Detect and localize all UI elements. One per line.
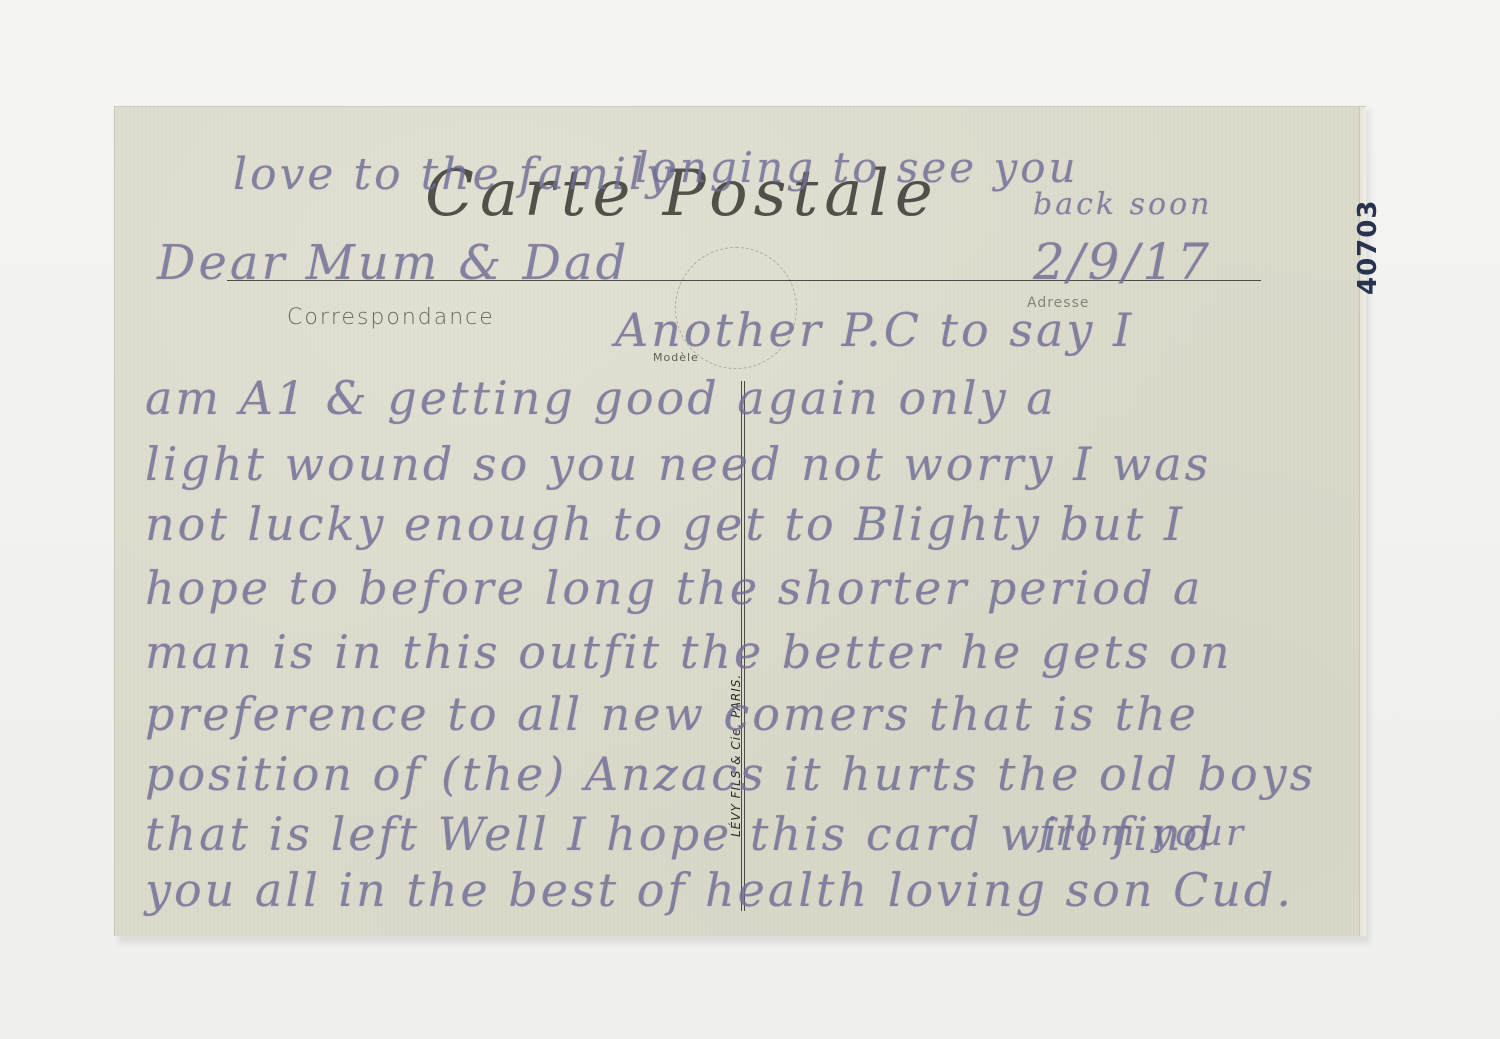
handwritten-top-right-2: back soon	[1033, 187, 1212, 222]
handwritten-date: 2/9/17	[1033, 233, 1212, 291]
catalog-number: 40703	[1353, 195, 1393, 305]
handwritten-top-left: love to the family	[233, 149, 674, 200]
handwritten-line: not lucky enough to get to Blighty but I	[145, 497, 1185, 551]
handwritten-line: preference to all new comers that is the	[145, 687, 1199, 741]
handwritten-salutation: Dear Mum & Dad	[157, 235, 629, 291]
handwritten-line: light wound so you need not worry I was	[145, 437, 1211, 491]
handwritten-line: position of (the) Anzacs it hurts the ol…	[145, 747, 1316, 801]
handwritten-insert: from your	[1039, 813, 1246, 854]
handwritten-line: man is in this outfit the better he gets…	[145, 625, 1233, 679]
handwritten-line: you all in the best of health loving son…	[145, 863, 1294, 917]
postcard: Carte Postale Correspondance Adresse Mod…	[114, 106, 1366, 936]
photo-background: Carte Postale Correspondance Adresse Mod…	[0, 0, 1500, 1039]
handwritten-line: am A1 & getting good again only a	[145, 371, 1057, 425]
handwritten-line: hope to before long the shorter period a	[145, 561, 1204, 615]
correspondence-label: Correspondance	[287, 305, 495, 330]
handwritten-top-right: longing to see you	[635, 143, 1079, 192]
handwritten-line: Another P.C to say I	[615, 303, 1134, 357]
catalog-number-text: 40703	[1353, 200, 1383, 295]
